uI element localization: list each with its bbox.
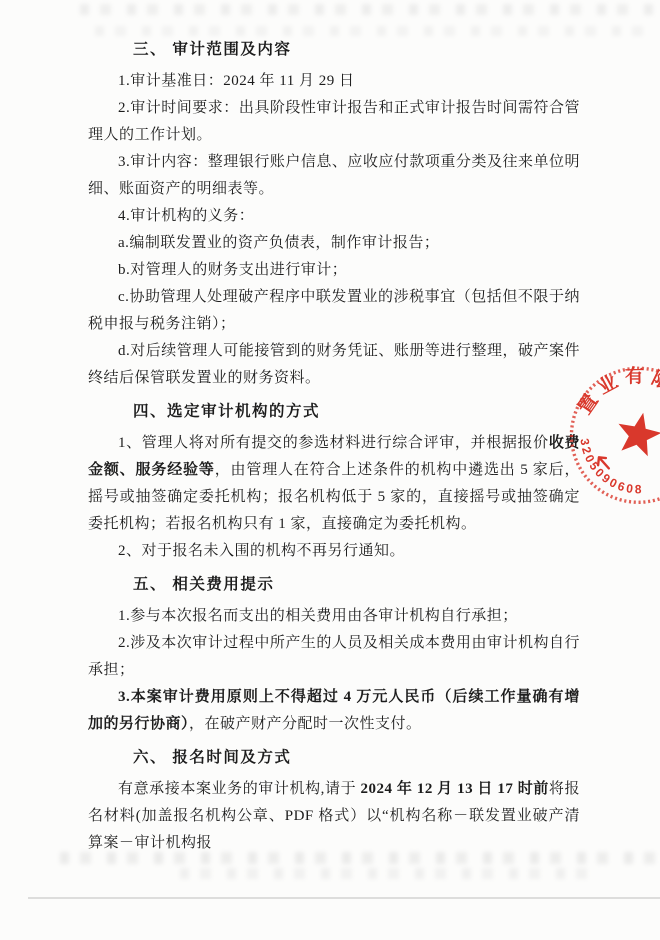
para-text: 1、管理人将对所有提交的参选材料进行综合评审，并根据报价 [118, 435, 549, 451]
bleed-through-bottom [180, 868, 600, 879]
para-duty-c: c.协助管理人处理破产程序中联发置业的涉税事宜（包括但不限于纳税申报与税务注销）… [88, 284, 580, 338]
para-duty-d: d.对后续管理人可能接管到的财务凭证、账册等进行整理，破产案件终结后保管联发置业… [88, 338, 580, 392]
bleed-through-top [80, 4, 655, 15]
document-page: 三、 审计范围及内容 1.审计基准日：2024 年 11 月 29 日 2.审计… [0, 0, 660, 940]
heading-text: 三、 审计范围及内容 [133, 41, 291, 58]
para-no-notice: 2、对于报名未入围的机构不再另行通知。 [88, 538, 580, 565]
para-duty-a: a.编制联发置业的资产负债表，制作审计报告； [88, 230, 580, 257]
para-text: 4.审计机构的义务： [118, 208, 254, 224]
para-audit-time-requirement: 2.审计时间要求：出具阶段性审计报告和正式审计报告时间需符合管理人的工作计划。 [88, 95, 580, 149]
heading-fees: 五、 相关费用提示 [88, 571, 580, 598]
para-fee-2: 2.涉及本次审计过程中所产生的人员及相关成本费用由审计机构自行承担； [88, 630, 580, 684]
para-text: 1.参与本次报名而支出的相关费用由各审计机构自行承担； [118, 608, 518, 624]
para-selection-process: 1、管理人将对所有提交的参选材料进行综合评审，并根据报价收费金额、服务经验等，由… [88, 430, 580, 538]
para-fee-1: 1.参与本次报名而支出的相关费用由各审计机构自行承担； [88, 603, 580, 630]
seal-star-icon [613, 408, 660, 458]
para-signup-instructions: 有意承接本案业务的审计机构,请于 2024 年 12 月 13 日 17 时前将… [88, 776, 580, 857]
para-text: 2.涉及本次审计过程中所产生的人员及相关成本费用由审计机构自行承担； [88, 635, 580, 678]
para-text: 2.审计时间要求：出具阶段性审计报告和正式审计报告时间需符合管理人的工作计划。 [88, 100, 580, 143]
heading-text: 六、 报名时间及方式 [133, 749, 291, 766]
document-content: 三、 审计范围及内容 1.审计基准日：2024 年 11 月 29 日 2.审计… [88, 30, 580, 857]
para-duty-b: b.对管理人的财务支出进行审计； [88, 257, 580, 284]
para-text-bold: 2024 年 12 月 13 日 17 时前 [361, 781, 549, 797]
para-text: c.协助管理人处理破产程序中联发置业的涉税事宜（包括但不限于纳税申报与税务注销）… [88, 289, 580, 332]
seal-company-arc-text: 置业有限公 [573, 357, 660, 430]
para-text: b.对管理人的财务支出进行审计； [118, 262, 347, 278]
heading-audit-scope: 三、 审计范围及内容 [88, 36, 580, 63]
heading-selection-method: 四、选定审计机构的方式 [88, 398, 580, 425]
bleed-through-line [28, 897, 660, 899]
para-text: a.编制联发置业的资产负债表，制作审计报告； [118, 235, 439, 251]
heading-text: 五、 相关费用提示 [133, 576, 274, 593]
para-text: d.对后续管理人可能接管到的财务凭证、账册等进行整理，破产案件终结后保管联发置业… [88, 343, 580, 386]
para-audit-content: 3.审计内容：整理银行账户信息、应收应付款项重分类及往来单位明细、账面资产的明细… [88, 149, 580, 203]
bleed-through-bottom [60, 852, 655, 864]
para-text: 1.审计基准日：2024 年 11 月 29 日 [118, 73, 354, 89]
para-fee-cap: 3.本案审计费用原则上不得超过 4 万元人民币（后续工作量确有增加的另行协商），… [88, 684, 580, 738]
heading-text: 四、选定审计机构的方式 [133, 403, 320, 420]
para-auditor-duties-intro: 4.审计机构的义务： [88, 203, 580, 230]
company-seal-stamp: 置业有限公 3205090608 [551, 342, 660, 539]
para-text: 3.审计内容：整理银行账户信息、应收应付款项重分类及往来单位明细、账面资产的明细… [88, 154, 580, 197]
heading-signup-time: 六、 报名时间及方式 [88, 744, 580, 771]
para-text: 2、对于报名未入围的机构不再另行通知。 [118, 543, 405, 559]
para-audit-base-date: 1.审计基准日：2024 年 11 月 29 日 [88, 68, 580, 95]
para-text: ，在破产财产分配时一次性支付。 [189, 716, 422, 732]
para-text: 有意承接本案业务的审计机构,请于 [118, 781, 361, 797]
